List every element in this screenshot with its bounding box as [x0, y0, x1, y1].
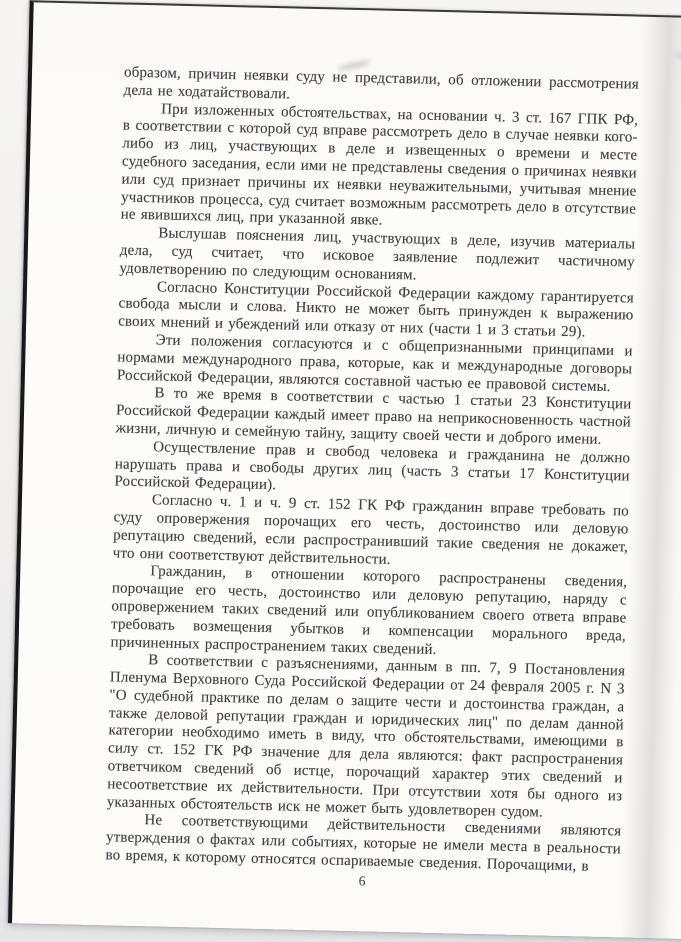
paragraph: В соответствии с разъяснениями, данным в… [107, 652, 626, 824]
paragraph: Гражданин, в отношении которого распрост… [110, 563, 627, 664]
paragraph: При изложенных обстоятельствах, на основ… [120, 100, 638, 237]
paragraph: Согласно ч. 1 и ч. 9 ст. 152 ГК РФ гражд… [113, 492, 630, 575]
scanned-document-page: образом, причин неявки суду не представи… [8, 0, 681, 939]
document-text-block: образом, причин неявки суду не представи… [105, 65, 639, 897]
